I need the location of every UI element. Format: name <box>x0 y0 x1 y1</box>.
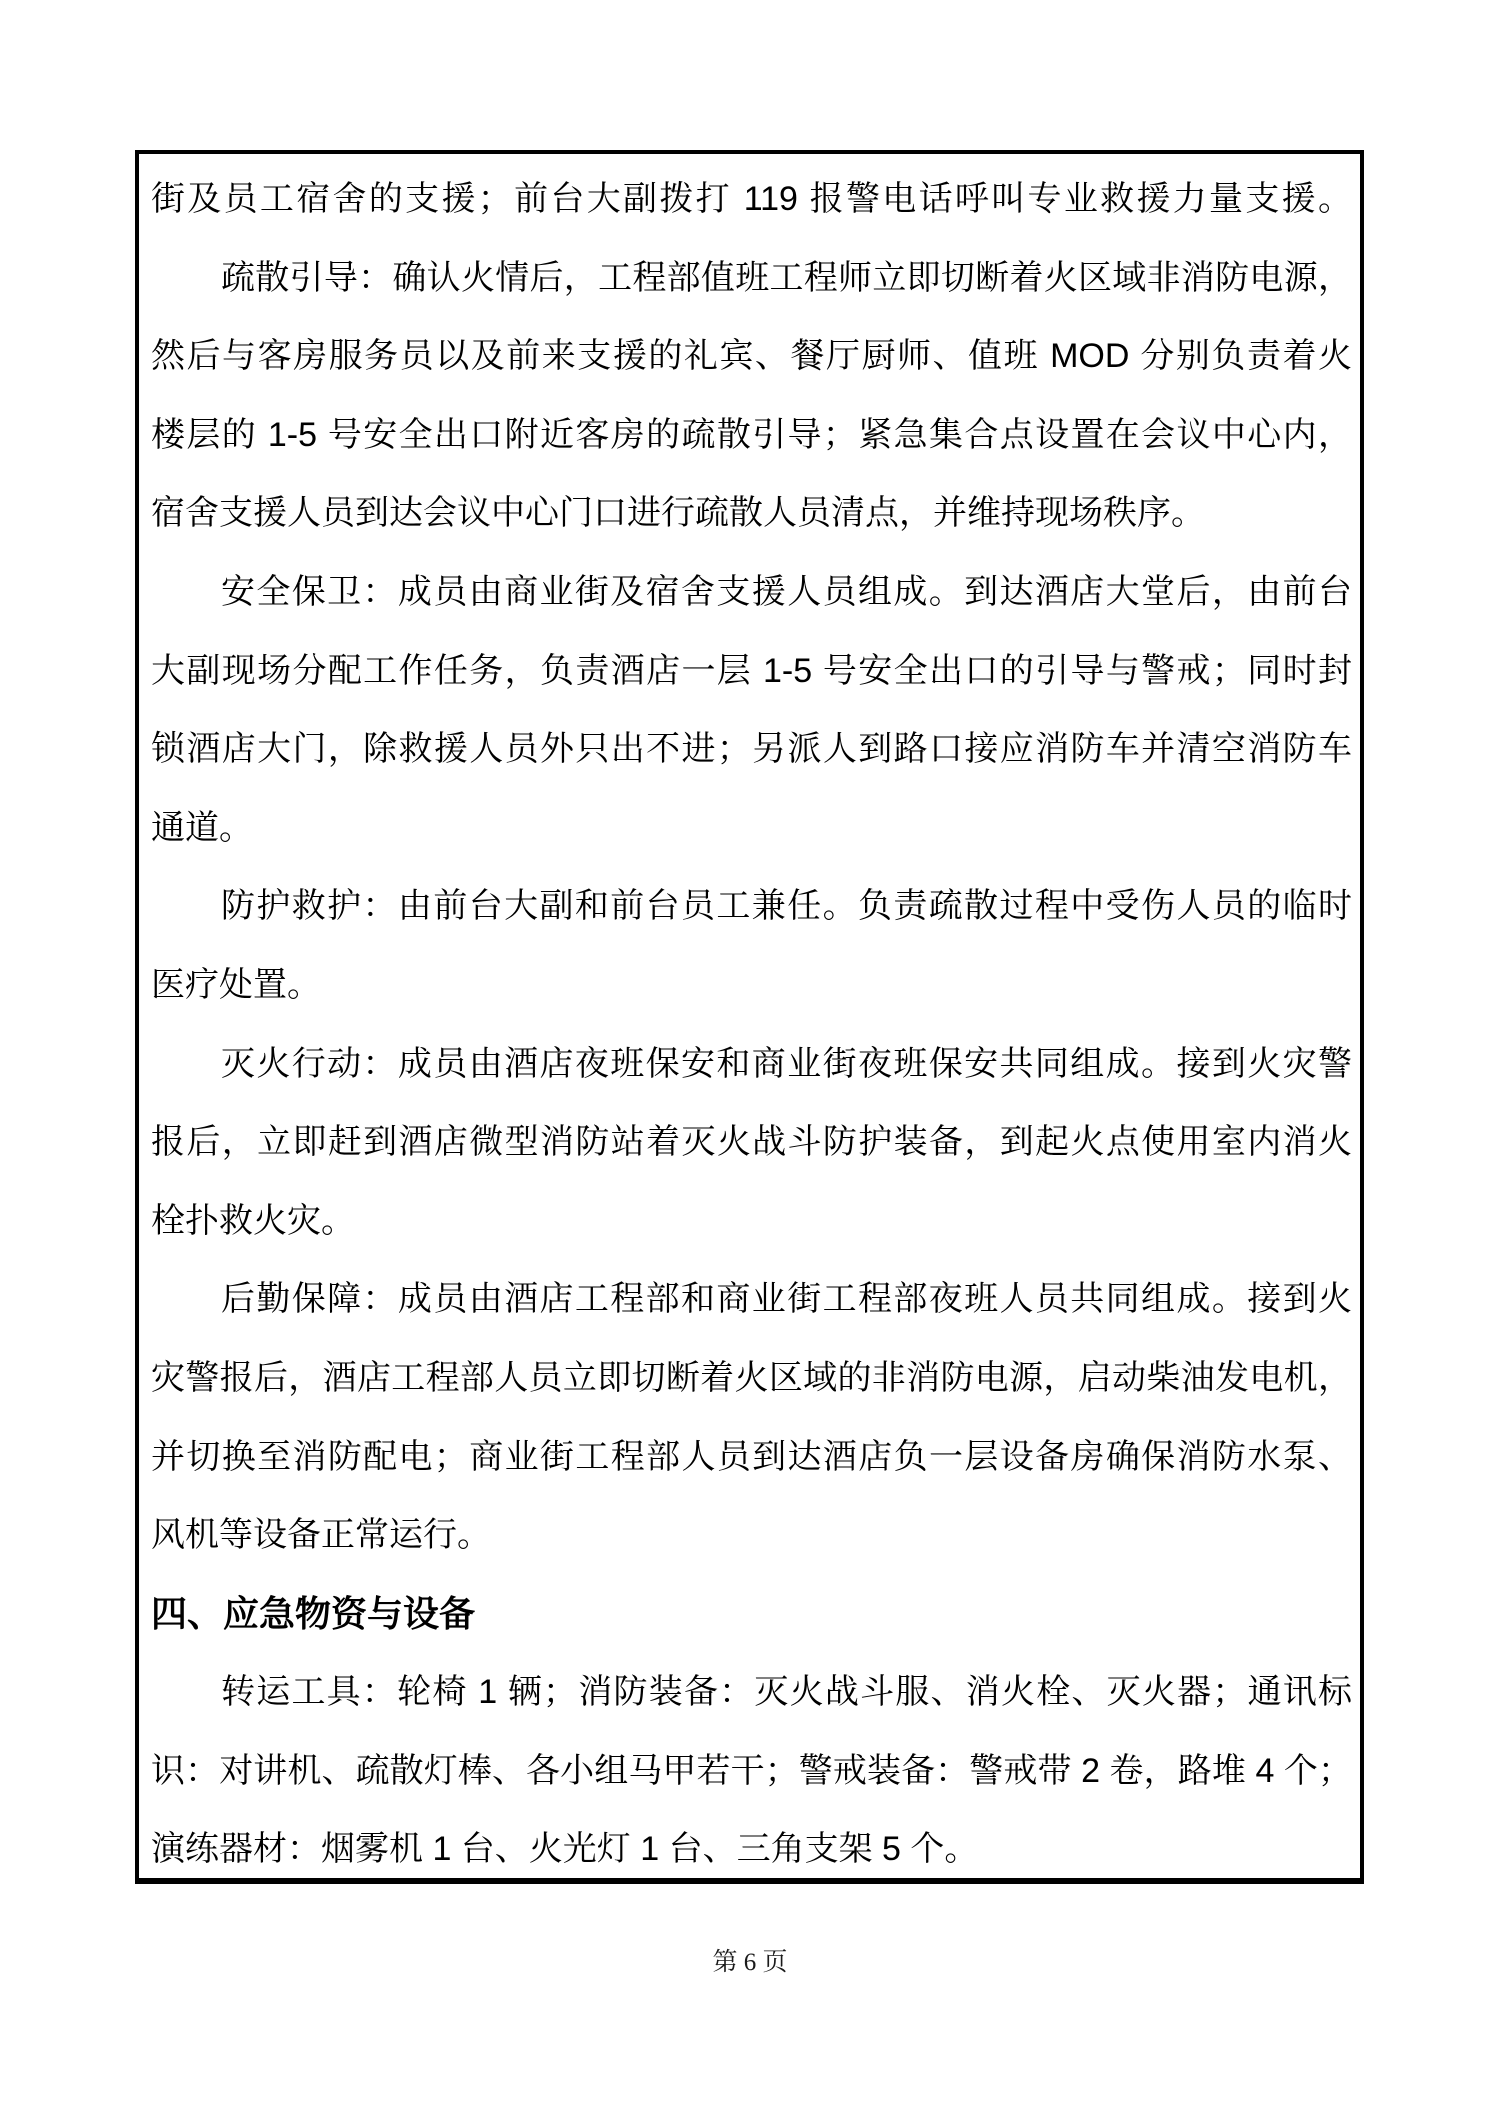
section-heading: 四、应急物资与设备 <box>151 1575 1352 1654</box>
document-body: 街及员工宿舍的支援；前台大副拨打 119 报警电话呼叫专业救援力量支援。疏散引导… <box>151 160 1352 1889</box>
document-page: 街及员工宿舍的支援；前台大副拨打 119 报警电话呼叫专业救援力量支援。疏散引导… <box>0 0 1500 2121</box>
text-line: 报后，立即赶到酒店微型消防站着灭火战斗防护装备，到起火点使用室内消火 <box>151 1103 1352 1182</box>
text-line: 识：对讲机、疏散灯棒、各小组马甲若干；警戒装备：警戒带 2 卷，路堆 4 个； <box>151 1732 1352 1811</box>
text-line: 大副现场分配工作任务，负责酒店一层 1-5 号安全出口的引导与警戒；同时封 <box>151 632 1352 711</box>
text-line: 通道。 <box>151 789 1352 868</box>
text-line: 安全保卫：成员由商业街及宿舍支援人员组成。到达酒店大堂后，由前台 <box>151 553 1352 632</box>
text-line: 灭火行动：成员由酒店夜班保安和商业街夜班保安共同组成。接到火灾警 <box>151 1025 1352 1104</box>
text-line: 锁酒店大门，除救援人员外只出不进；另派人到路口接应消防车并清空消防车 <box>151 710 1352 789</box>
text-line: 后勤保障：成员由酒店工程部和商业街工程部夜班人员共同组成。接到火 <box>151 1260 1352 1339</box>
text-line: 医疗处置。 <box>151 946 1352 1025</box>
text-line: 宿舍支援人员到达会议中心门口进行疏散人员清点，并维持现场秩序。 <box>151 474 1352 553</box>
text-line: 楼层的 1-5 号安全出口附近客房的疏散引导；紧急集合点设置在会议中心内， <box>151 396 1352 475</box>
text-line: 然后与客房服务员以及前来支援的礼宾、餐厅厨师、值班 MOD 分别负责着火 <box>151 317 1352 396</box>
text-line: 并切换至消防配电；商业街工程部人员到达酒店负一层设备房确保消防水泵、 <box>151 1418 1352 1497</box>
page-number: 第 6 页 <box>712 1949 787 1976</box>
text-line: 转运工具：轮椅 1 辆；消防装备：灭火战斗服、消火栓、灭火器；通讯标 <box>151 1653 1352 1732</box>
text-line: 防护救护：由前台大副和前台员工兼任。负责疏散过程中受伤人员的临时 <box>151 867 1352 946</box>
text-line: 灾警报后，酒店工程部人员立即切断着火区域的非消防电源，启动柴油发电机， <box>151 1339 1352 1418</box>
text-line: 栓扑救火灾。 <box>151 1182 1352 1261</box>
text-line: 街及员工宿舍的支援；前台大副拨打 119 报警电话呼叫专业救援力量支援。 <box>151 160 1352 239</box>
text-line: 风机等设备正常运行。 <box>151 1496 1352 1575</box>
text-line: 疏散引导：确认火情后，工程部值班工程师立即切断着火区域非消防电源， <box>151 239 1352 318</box>
page-footer: 第 6 页 <box>0 1942 1500 1978</box>
content-border-box: 街及员工宿舍的支援；前台大副拨打 119 报警电话呼叫专业救援力量支援。疏散引导… <box>135 150 1364 1884</box>
text-line: 演练器材：烟雾机 1 台、火光灯 1 台、三角支架 5 个。 <box>151 1810 1352 1889</box>
